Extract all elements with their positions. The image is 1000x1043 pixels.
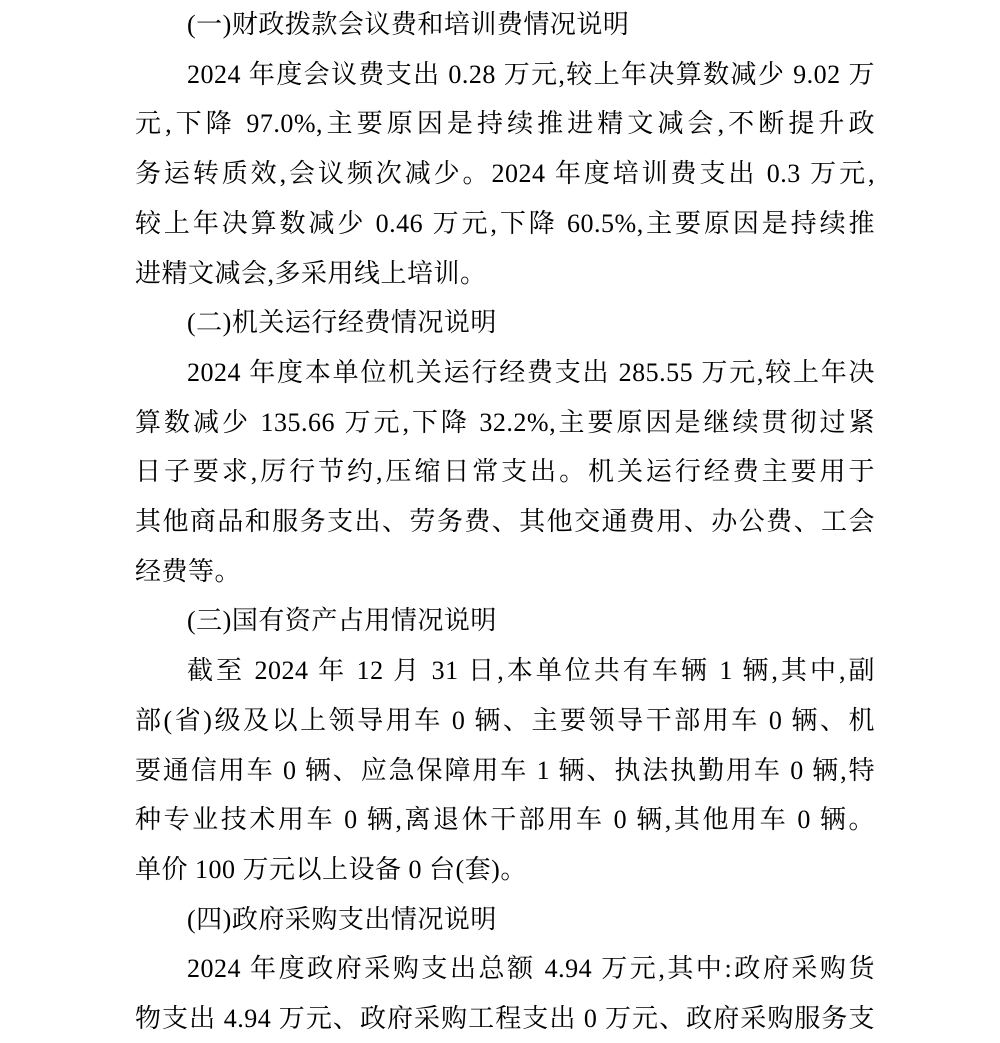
- text-line: 算数减少 135.66 万元,下降 32.2%,主要原因是继续贯彻过紧: [135, 398, 875, 448]
- text-line: 2024 年度本单位机关运行经费支出 285.55 万元,较上年决: [135, 348, 875, 398]
- text-line: 部(省)级及以上领导用车 0 辆、主要领导干部用车 0 辆、机: [135, 696, 875, 746]
- section-heading: (二)机关运行经费情况说明: [135, 298, 875, 348]
- text-line: 2024 年度政府采购支出总额 4.94 万元,其中:政府采购货: [135, 944, 875, 994]
- text-line: 元,下降 97.0%,主要原因是持续推进精文减会,不断提升政: [135, 99, 875, 149]
- text-line: 日子要求,厉行节约,压缩日常支出。机关运行经费主要用于: [135, 447, 875, 497]
- text-line: 2024 年度会议费支出 0.28 万元,较上年决算数减少 9.02 万: [135, 50, 875, 100]
- text-line: 种专业技术用车 0 辆,离退休干部用车 0 辆,其他用车 0 辆。: [135, 795, 875, 845]
- text-line: 其他商品和服务支出、劳务费、其他交通费用、办公费、工会: [135, 497, 875, 547]
- text-line: 物支出 4.94 万元、政府采购工程支出 0 万元、政府采购服务支: [135, 994, 875, 1043]
- text-line: 经费等。: [135, 547, 875, 597]
- section-heading: (一)财政拨款会议费和培训费情况说明: [135, 0, 875, 50]
- document-lines: (一)财政拨款会议费和培训费情况说明2024 年度会议费支出 0.28 万元,较…: [135, 0, 875, 1043]
- text-line: 务运转质效,会议频次减少。2024 年度培训费支出 0.3 万元,: [135, 149, 875, 199]
- text-line: 单价 100 万元以上设备 0 台(套)。: [135, 845, 875, 895]
- section-heading: (四)政府采购支出情况说明: [135, 895, 875, 945]
- section-heading: (三)国有资产占用情况说明: [135, 596, 875, 646]
- text-line: 截至 2024 年 12 月 31 日,本单位共有车辆 1 辆,其中,副: [135, 646, 875, 696]
- text-line: 要通信用车 0 辆、应急保障用车 1 辆、执法执勤用车 0 辆,特: [135, 746, 875, 796]
- text-line: 进精文减会,多采用线上培训。: [135, 249, 875, 299]
- text-line: 较上年决算数减少 0.46 万元,下降 60.5%,主要原因是持续推: [135, 199, 875, 249]
- document-page: (一)财政拨款会议费和培训费情况说明2024 年度会议费支出 0.28 万元,较…: [0, 0, 1000, 1043]
